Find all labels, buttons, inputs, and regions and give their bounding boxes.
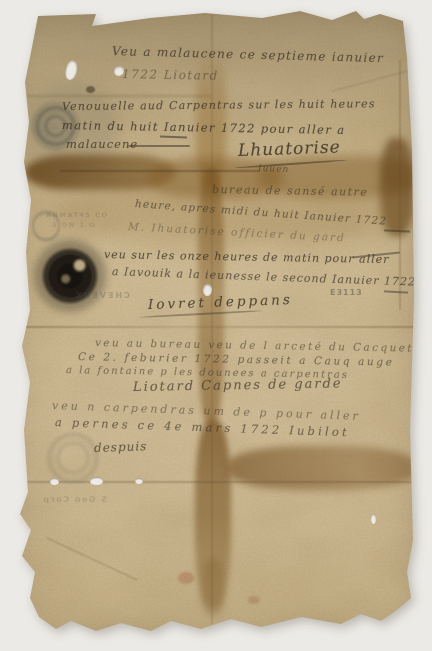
manuscript-line-entry3a: veu sur les onze heures de matin pour al… <box>104 248 390 266</box>
manuscript-line-entry1a: Venouuelle aud Carpentras sur les huit h… <box>62 97 376 113</box>
paper-shadow-wrap: Veu a malaucene ce septieme ianuier 1722… <box>0 0 432 651</box>
speck-3 <box>248 596 260 604</box>
signature-iovret: Iovret deppans <box>148 292 293 313</box>
hole-crease-3 <box>135 478 143 484</box>
manuscript-word-despuis: despuis <box>94 439 148 455</box>
hole-right-sliver <box>371 514 376 524</box>
stain-band-lower-right <box>228 446 416 490</box>
stain-bottom-taper <box>201 558 225 616</box>
manuscript-line-entry3b: a Iavouik a la ieunesse le second Ianuie… <box>112 265 416 289</box>
crease-horizontal-upper <box>26 95 211 97</box>
hole-crease-1 <box>50 478 59 485</box>
signature-liotard-garde: Liotard Capnes de garde <box>133 376 343 395</box>
crease-diagonal-bottom-left <box>46 537 137 581</box>
manuscript-line-date-name: 1722 Liotard <box>122 67 219 83</box>
manuscript-line-entry1c: malaucene <box>66 137 138 151</box>
ghost-mirrored-bottom: S Gen Corp <box>42 495 107 504</box>
speck-2 <box>178 572 194 584</box>
crease-vertical-right <box>399 60 401 310</box>
speck-1 <box>86 86 95 93</box>
manuscript-scan: Veu a malaucene ce septieme ianuier 1722… <box>0 0 432 651</box>
underline-1722-first <box>160 136 187 138</box>
document-paper: Veu a malaucene ce septieme ianuier 1722… <box>0 0 432 651</box>
ghost-stamp-numbers: E3113 <box>330 288 363 297</box>
flourish-after-malaucene <box>128 145 190 147</box>
ghost-print-left-2: 5 ON 1 O <box>52 221 96 229</box>
flourish-long-under-signature <box>60 170 260 172</box>
manuscript-line-entry2a: bureau de sansé autre <box>212 183 369 199</box>
hole-crease-2 <box>90 477 103 485</box>
signature-lhuatorise: Lhuatorise <box>238 137 341 161</box>
crease-horizontal-middle <box>24 326 414 328</box>
ghost-print-left-1: ANMAT45 CO <box>46 211 109 219</box>
ghost-mirrored-text: CHEVEUX <box>74 291 130 300</box>
underline-1722-third <box>384 290 408 293</box>
